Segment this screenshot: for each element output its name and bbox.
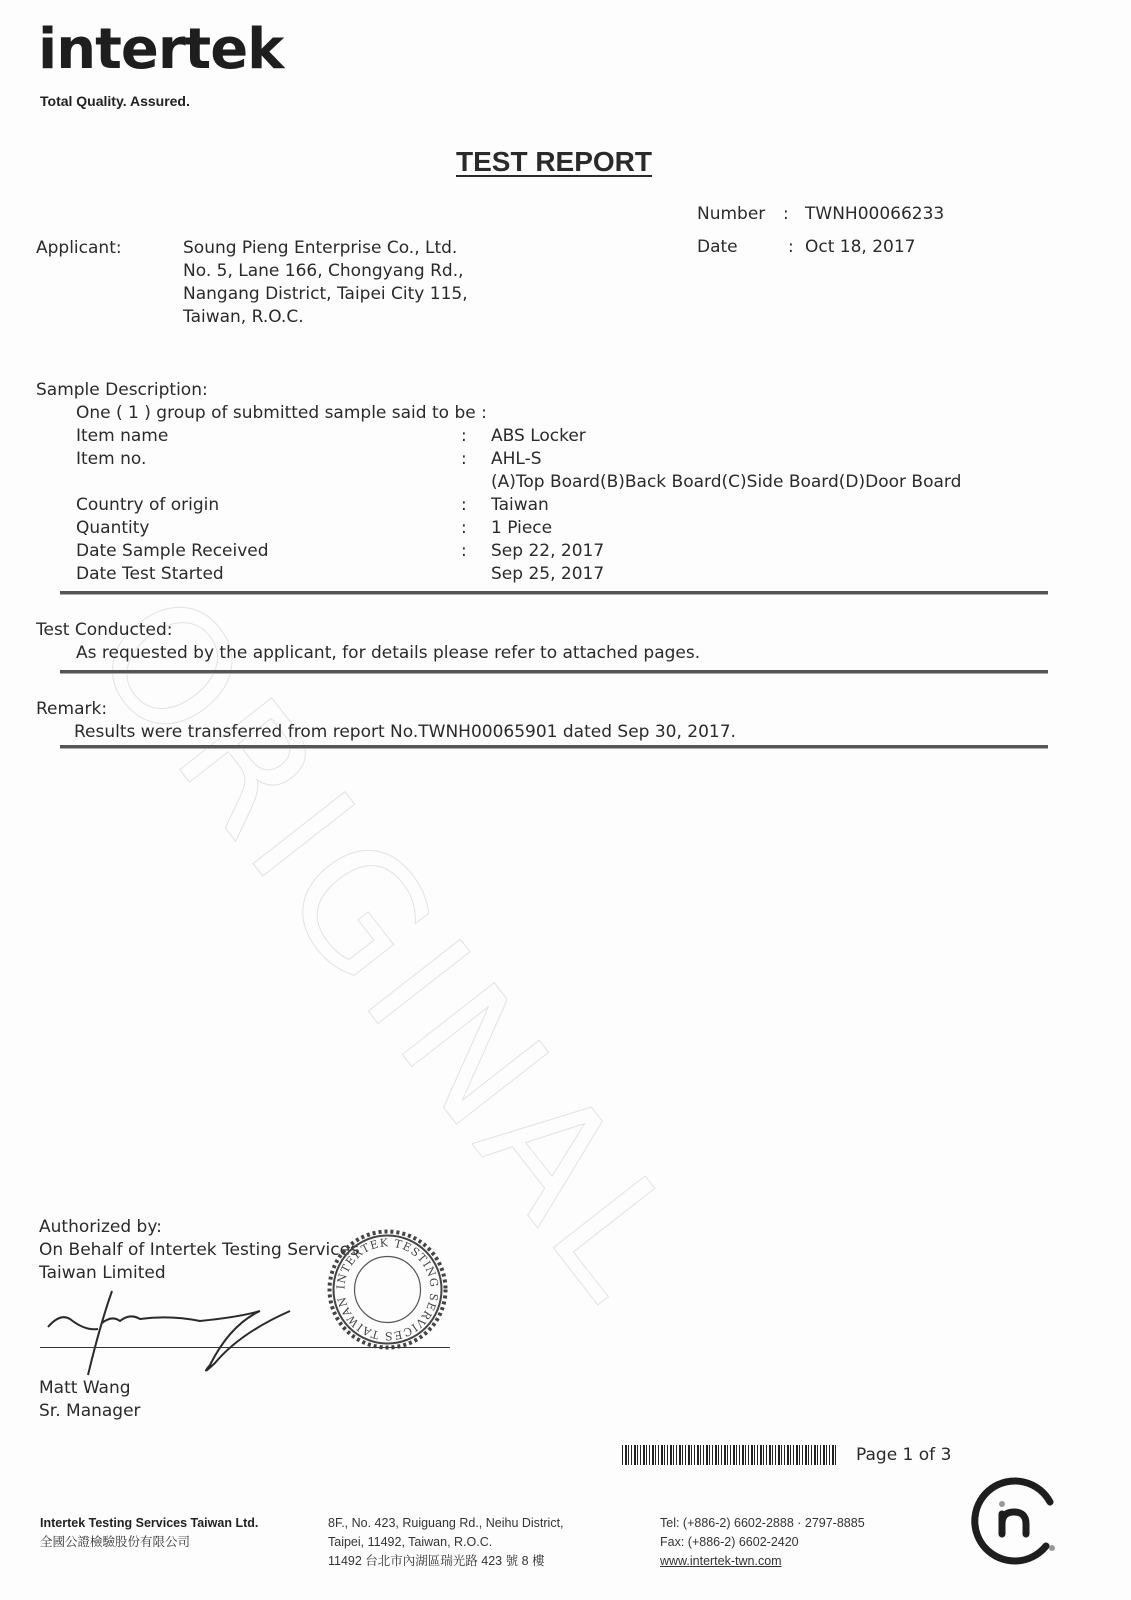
section-divider — [60, 591, 1048, 595]
row-colon — [461, 471, 491, 494]
signature-icon — [40, 1285, 330, 1385]
test-conducted-text: As requested by the applicant, for detai… — [76, 642, 700, 665]
footer-company-zh: 全國公證檢驗股份有限公司 — [40, 1533, 258, 1552]
footer-company: Intertek Testing Services Taiwan Ltd. 全國… — [40, 1514, 258, 1552]
section-divider — [60, 670, 1048, 674]
footer-contact: Tel: (+886-2) 6602-2888 · 2797-8885 Fax:… — [660, 1514, 865, 1571]
test-conducted-heading: Test Conducted: — [36, 619, 172, 642]
report-number-label: Number — [697, 203, 765, 226]
row-label: Item name — [76, 425, 461, 448]
row-label: Country of origin — [76, 494, 461, 517]
row-label: Date Sample Received — [76, 540, 461, 563]
row-label: Item no. — [76, 448, 461, 471]
intertek-in-logo-icon — [968, 1472, 1064, 1568]
sample-row-quantity: Quantity:1 Piece — [76, 517, 961, 540]
sample-intro: One ( 1 ) group of submitted sample said… — [76, 402, 487, 425]
title-text: TEST REPORT — [456, 146, 652, 177]
footer-address: 8F., No. 423, Ruiguang Rd., Neihu Distri… — [328, 1514, 564, 1571]
applicant-line: Nangang District, Taipei City 115, — [183, 283, 468, 306]
row-colon — [461, 563, 491, 586]
sample-row-item-no: Item no.:AHL-S — [76, 448, 961, 471]
remark-text: Results were transferred from report No.… — [74, 721, 736, 744]
logo-tagline: Total Quality. Assured. — [40, 93, 190, 109]
intertek-logo: intertek — [38, 22, 283, 78]
row-value: Sep 25, 2017 — [491, 563, 604, 586]
authorized-on-behalf: On Behalf of Intertek Testing Services — [39, 1239, 359, 1262]
sample-row-item-name: Item name:ABS Locker — [76, 425, 961, 448]
section-divider — [60, 745, 1048, 749]
row-value: (A)Top Board(B)Back Board(C)Side Board(D… — [491, 471, 961, 494]
page-title: TEST REPORT — [0, 146, 1108, 178]
sample-row-date-started: Date Test StartedSep 25, 2017 — [76, 563, 961, 586]
sample-row-date-received: Date Sample Received:Sep 22, 2017 — [76, 540, 961, 563]
report-number-colon: : — [783, 203, 789, 226]
footer-fax: Fax: (+886-2) 6602-2420 — [660, 1533, 865, 1552]
row-colon: : — [461, 425, 491, 448]
authorized-by-heading: Authorized by: — [39, 1216, 162, 1239]
footer-address-line: 11492 台北市內湖區瑞光路 423 號 8 樓 — [328, 1552, 564, 1571]
sample-table: Item name:ABS Locker Item no.:AHL-S (A)T… — [76, 425, 961, 586]
report-date-label: Date — [697, 236, 738, 259]
row-label — [76, 471, 461, 494]
row-colon: : — [461, 448, 491, 471]
footer-tel: Tel: (+886-2) 6602-2888 · 2797-8885 — [660, 1514, 865, 1533]
svg-text:INTERTEK TESTING SERVICES TAIW: INTERTEK TESTING SERVICES TAIWAN LTD. — [325, 1227, 441, 1343]
report-date-colon: : — [788, 236, 794, 259]
signature-line — [40, 1347, 450, 1348]
applicant-line: Soung Pieng Enterprise Co., Ltd. — [183, 237, 468, 260]
barcode-icon — [622, 1445, 837, 1465]
row-value: 1 Piece — [491, 517, 552, 540]
row-value: AHL-S — [491, 448, 542, 471]
row-colon: : — [461, 494, 491, 517]
applicant-line: Taiwan, R.O.C. — [183, 306, 468, 329]
footer-company-en: Intertek Testing Services Taiwan Ltd. — [40, 1516, 258, 1530]
authorized-company: Taiwan Limited — [39, 1262, 166, 1285]
row-label: Quantity — [76, 517, 461, 540]
company-seal-icon: INTERTEK TESTING SERVICES TAIWAN LTD. — [325, 1227, 450, 1352]
row-value: ABS Locker — [491, 425, 586, 448]
seal-text: INTERTEK TESTING SERVICES TAIWAN LTD. — [325, 1227, 441, 1343]
sample-row-boards: (A)Top Board(B)Back Board(C)Side Board(D… — [76, 471, 961, 494]
sample-description-heading: Sample Description: — [36, 379, 208, 402]
footer-address-line: 8F., No. 423, Ruiguang Rd., Neihu Distri… — [328, 1514, 564, 1533]
remark-heading: Remark: — [36, 698, 107, 721]
row-value: Taiwan — [491, 494, 549, 517]
report-number-value: TWNH00066233 — [805, 203, 944, 226]
applicant-line: No. 5, Lane 166, Chongyang Rd., — [183, 260, 468, 283]
signatory-name: Matt Wang — [39, 1377, 131, 1400]
applicant-block: Soung Pieng Enterprise Co., Ltd. No. 5, … — [183, 237, 468, 329]
footer-address-line: Taipei, 11492, Taiwan, R.O.C. — [328, 1533, 564, 1552]
row-colon: : — [461, 517, 491, 540]
row-colon: : — [461, 540, 491, 563]
signatory-title: Sr. Manager — [39, 1400, 141, 1423]
sample-row-country: Country of origin:Taiwan — [76, 494, 961, 517]
footer-website-link[interactable]: www.intertek-twn.com — [660, 1552, 865, 1571]
page-indicator: Page 1 of 3 — [856, 1444, 951, 1467]
row-label: Date Test Started — [76, 563, 461, 586]
report-date-value: Oct 18, 2017 — [805, 236, 916, 259]
applicant-label: Applicant: — [36, 237, 122, 260]
row-value: Sep 22, 2017 — [491, 540, 604, 563]
